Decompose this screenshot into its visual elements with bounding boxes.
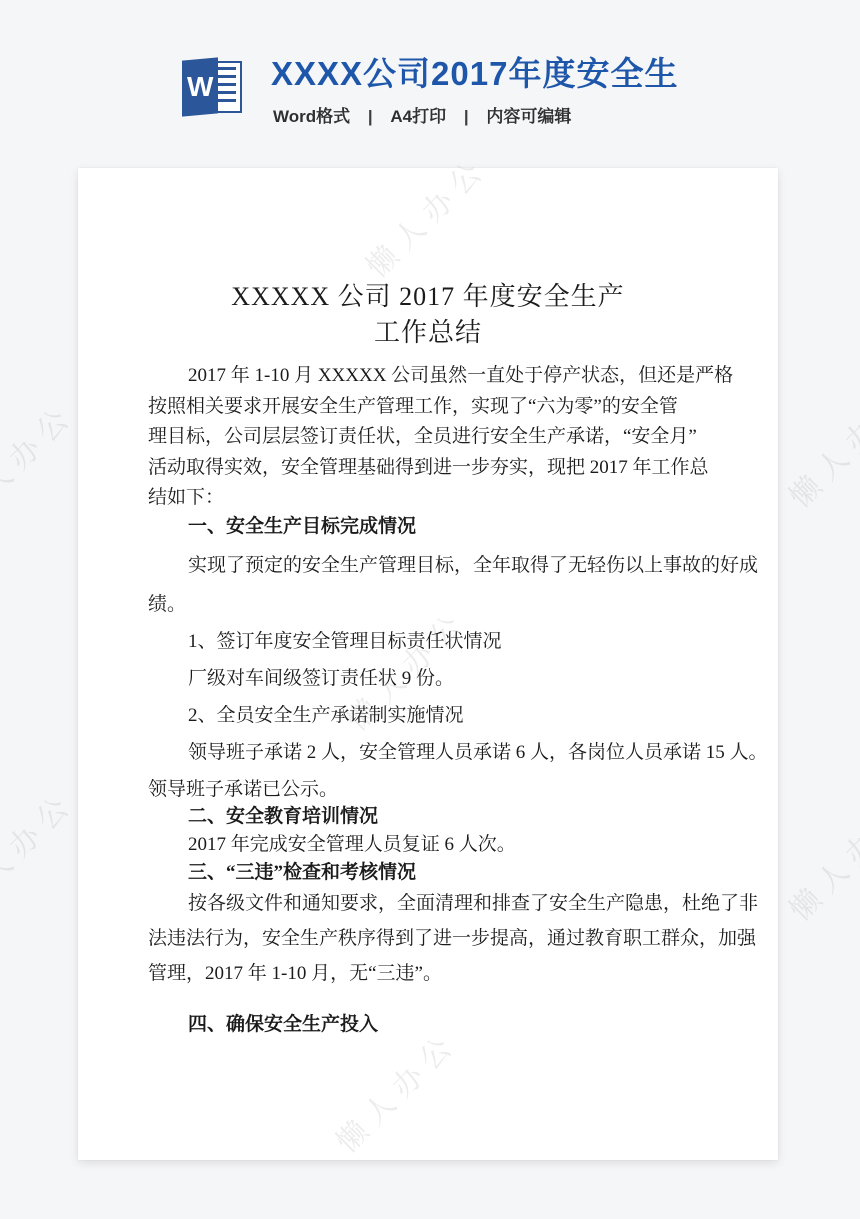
- page-title: XXXX公司2017年度安全生: [271, 48, 678, 95]
- format-a4: A4打印: [390, 107, 446, 126]
- separator-bar: |: [464, 107, 469, 126]
- document-text-line: 2、全员安全生产承诺制实施情况: [148, 703, 708, 729]
- document-text-line: 厂级对车间级签订责任状 9 份。: [148, 666, 708, 692]
- document-text-line: 领导班子承诺已公示。: [148, 777, 708, 803]
- document-text-line: 2017 年完成安全管理人员复证 6 人次。: [148, 832, 708, 858]
- format-info-bar: Word格式 | A4打印 | 内容可编辑: [273, 102, 571, 127]
- document-text-line: 法违法行为，安全生产秩序得到了进一步提高，通过教育职工群众，加强: [148, 926, 708, 952]
- document-text-line: 活动取得实效，安全管理基础得到进一步夯实，现把 2017 年工作总: [148, 455, 708, 481]
- separator-bar: |: [368, 107, 373, 126]
- page-background: { "header": { "icon_letter": "W", "title…: [0, 0, 860, 1219]
- format-editable: 内容可编辑: [486, 107, 571, 126]
- document-heading-2: 二、安全教育培训情况: [148, 804, 708, 830]
- word-icon-w-panel: W: [182, 57, 218, 116]
- document-title-line-1: XXXXX 公司 2017 年度安全生产: [113, 281, 743, 313]
- document-page-preview: XXXXX 公司 2017 年度安全生产 工作总结 2017 年 1-10 月 …: [78, 168, 778, 1160]
- document-text-line: 按各级文件和通知要求，全面清理和排查了安全生产隐患，杜绝了非: [148, 891, 708, 917]
- document-text-line: 领导班子承诺 2 人，安全管理人员承诺 6 人，各岗位人员承诺 15 人。: [148, 740, 708, 766]
- watermark: 懒人办公: [0, 779, 83, 920]
- watermark: 懒人办公: [0, 391, 83, 532]
- document-text-line: 绩。: [148, 592, 708, 618]
- document-title-line-2: 工作总结: [113, 317, 743, 349]
- word-icon-letter: W: [187, 71, 213, 103]
- watermark: 懒人办公: [777, 787, 860, 928]
- document-heading-3: 三、“三违”检查和考核情况: [148, 860, 708, 886]
- format-word: Word格式: [273, 107, 350, 126]
- document-heading-4: 四、确保安全生产投入: [148, 1012, 708, 1038]
- document-heading-1: 一、安全生产目标完成情况: [148, 514, 708, 540]
- watermark: 懒人办公: [777, 374, 860, 515]
- document-text-line: 结如下：: [148, 485, 708, 511]
- document-text-line: 管理，2017 年 1-10 月，无“三违”。: [148, 961, 708, 987]
- document-text-line: 按照相关要求开展安全生产管理工作，实现了“六为零”的安全管: [148, 394, 708, 420]
- word-file-icon: W: [176, 57, 244, 117]
- document-text-line: 2017 年 1-10 月 XXXXX 公司虽然一直处于停产状态，但还是严格: [148, 363, 708, 389]
- document-text-line: 实现了预定的安全生产管理目标，全年取得了无轻伤以上事故的好成: [148, 553, 708, 579]
- document-text-line: 1、签订年度安全管理目标责任状情况: [148, 629, 708, 655]
- document-text-line: 理目标，公司层层签订责任状，全员进行安全生产承诺，“安全月”: [148, 424, 708, 450]
